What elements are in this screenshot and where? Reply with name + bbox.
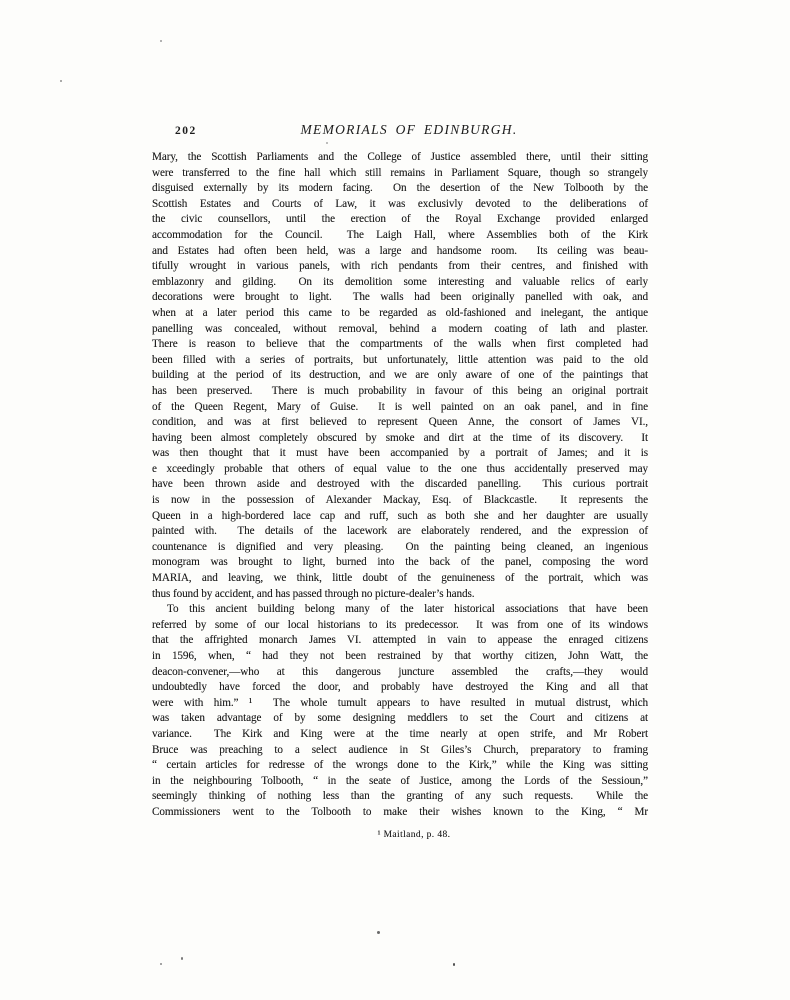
text-line: Bruce was preaching to a select audience… [152,743,648,759]
text-line: the civic counsellors, until the erectio… [152,212,648,228]
text-line: referred by some of our local historians… [152,618,648,634]
scan-speck [453,963,455,966]
text-line: of the Queen Regent, Mary of Guise. It i… [152,400,648,416]
paragraph: Mary, the Scottish Parliaments and the C… [152,150,648,602]
scan-speck [326,142,328,144]
text-line: have been thrown aside and destroyed wit… [152,477,648,493]
text-line: monogram was brought to light, burned in… [152,555,648,571]
scan-speck [377,931,380,934]
text-line: emblazonry and gilding. On its demolitio… [152,275,648,291]
text-line: MARIA, and leaving, we think, little dou… [152,571,648,587]
body-text: Mary, the Scottish Parliaments and the C… [152,150,648,843]
text-line: panelling was concealed, without removal… [152,322,648,338]
scan-speck [181,957,183,960]
text-line: decorations were brought to light. The w… [152,290,648,306]
text-line: and Estates had often been held, was a l… [152,244,648,260]
text-line: has been preserved. There is much probab… [152,384,648,400]
text-line: in the neighbouring Tolbooth, “ in the s… [152,774,648,790]
text-line: Commissioners went to the Tolbooth to ma… [152,805,648,821]
text-line: To this ancient building belong many of … [152,602,648,618]
text-line: seemingly thinking of nothing less than … [152,789,648,805]
text-line: when at a later period this came to be r… [152,306,648,322]
text-line: deacon-convener,—who at this dangerous j… [152,665,648,681]
text-line: was taken advantage of by some designing… [152,711,648,727]
text-line: accommodation for the Council. The Laigh… [152,228,648,244]
text-line: undoubtedly have forced the door, and pr… [152,680,648,696]
text-line: was then thought that it must have been … [152,446,648,462]
text-line: Queen in a high-bordered lace cap and ru… [152,509,648,525]
text-line: variance. The Kirk and King were at the … [152,727,648,743]
text-line: e xceedingly probable that others of equ… [152,462,648,478]
text-line: having been almost completely obscured b… [152,431,648,447]
text-line: been filled with a series of portraits, … [152,353,648,369]
text-line: is now in the possession of Alexander Ma… [152,493,648,509]
text-line: Mary, the Scottish Parliaments and the C… [152,150,648,166]
text-line: There is reason to believe that the comp… [152,337,648,353]
text-line: condition, and was at first believed to … [152,415,648,431]
text-line: that the affrighted monarch James VI. at… [152,633,648,649]
text-line: painted with. The details of the lacewor… [152,524,648,540]
text-line: Scottish Estates and Courts of Law, it w… [152,197,648,213]
scan-speck [60,80,62,82]
book-page: 202 MEMORIALS OF EDINBURGH. Mary, the Sc… [0,0,790,1000]
text-line: tifully wrought in various panels, with … [152,259,648,275]
text-line: in 1596, when, “ had they not been restr… [152,649,648,665]
text-line: were transferred to the fine hall which … [152,166,648,182]
text-line: thus found by accident, and has passed t… [152,587,648,603]
running-header-title: MEMORIALS OF EDINBURGH. [161,122,657,138]
scan-speck [160,963,162,965]
text-line: disguised externally by its modern facin… [152,181,648,197]
footnote: ¹ Maitland, p. 48. [152,828,648,844]
text-line: were with him.” ¹ The whole tumult appea… [152,696,648,712]
text-line: countenance is dignified and very pleasi… [152,540,648,556]
text-line: building at the period of its destructio… [152,368,648,384]
text-line: “ certain articles for redresse of the w… [152,758,648,774]
scan-speck [160,40,162,42]
paragraph: To this ancient building belong many of … [152,602,648,820]
